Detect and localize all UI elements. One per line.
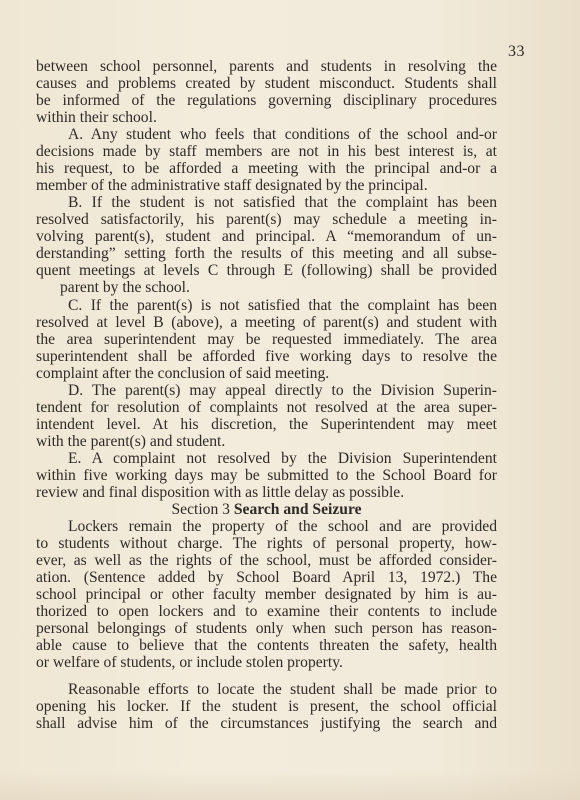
text-line: decisions made by staff members are not … [36, 143, 497, 160]
text-line: shall advise him of the circumstances ju… [36, 715, 497, 732]
lockers-first-line: Lockers remain the property of the schoo… [68, 518, 497, 535]
text-line: personal belongings of students only whe… [36, 620, 497, 637]
text-line: causes and problems created by student m… [36, 75, 497, 92]
text-line: review and final disposition with as lit… [36, 484, 497, 501]
paragraph-d-first-line: D. The parent(s) may appeal directly to … [68, 382, 497, 399]
text-line: volving parent(s), student and principal… [36, 228, 497, 245]
section-number: Section 3 [171, 501, 233, 518]
text-line: member of the administrative staff desig… [36, 177, 497, 194]
document-page: 33 between school personnel, parents and… [0, 0, 580, 800]
text-line: tendent for resolution of complaints not… [36, 399, 497, 416]
text-line: derstanding” setting forth the results o… [36, 245, 497, 262]
text-line: intendent level. At his discretion, the … [36, 416, 497, 433]
text-line: with the parent(s) and student. [36, 433, 497, 450]
text-line: resolved satisfactorily, his parent(s) m… [36, 211, 497, 228]
text-line: or welfare of students, or include stole… [36, 654, 497, 671]
page-number: 33 [508, 44, 525, 60]
paragraph-b-first-line: B. If the student is not satisfied that … [68, 194, 497, 211]
text-line: complaint after the conclusion of said m… [36, 365, 497, 382]
text-line: quent meetings at levels C through E (fo… [36, 262, 497, 279]
text-line: the area superintendent may be requested… [36, 331, 497, 348]
text-line: resolved at level B (above), a meeting o… [36, 314, 497, 331]
text-line: within their school. [36, 109, 497, 126]
text-line: school principal or other faculty member… [36, 586, 497, 603]
text-line: able cause to believe that the contents … [36, 637, 497, 654]
text-line: to students without charge. The rights o… [36, 535, 497, 552]
text-line: ation. (Sentence added by School Board A… [36, 569, 497, 586]
paragraph-e-first-line: E. A complaint not resolved by the Divis… [68, 450, 497, 467]
text-line: parent by the school. [60, 279, 489, 296]
text-line: ever, as well as the rights of the schoo… [36, 552, 497, 569]
text-line: thorized to open lockers and to examine … [36, 603, 497, 620]
section-title: Search and Seizure [234, 501, 362, 518]
locate-student-first-line: Reasonable efforts to locate the student… [68, 681, 497, 698]
section-heading: Section 3 Search and Seizure [36, 501, 497, 518]
text-line: opening his locker. If the student is pr… [36, 698, 497, 715]
paragraph-c-first-line: C. If the parent(s) is not satisfied tha… [68, 297, 497, 314]
text-line: between school personnel, parents and st… [36, 58, 497, 75]
text-line: within five working days may be submitte… [36, 467, 497, 484]
text-line: be informed of the regulations governing… [36, 92, 497, 109]
paragraph-a-first-line: A. Any student who feels that conditions… [68, 126, 497, 143]
text-line: his request, to be afforded a meeting wi… [36, 160, 497, 177]
text-line: superintendent shall be afforded five wo… [36, 348, 497, 365]
